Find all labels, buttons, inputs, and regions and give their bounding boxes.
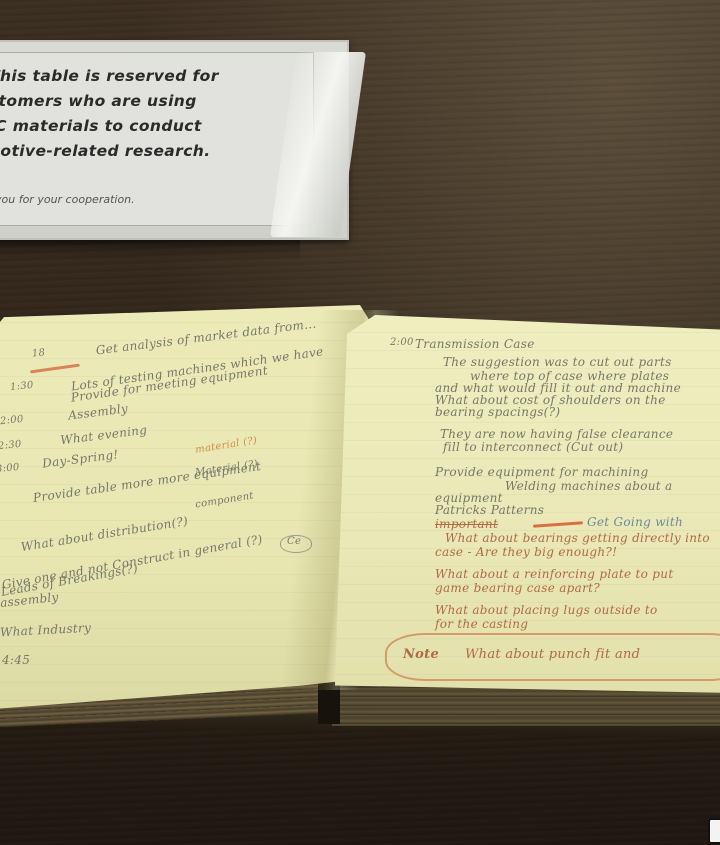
notebook-right-page: 2:00 Transmission Case The suggestion wa… xyxy=(335,315,720,693)
sign-line-4: notive-related research. xyxy=(0,142,211,160)
right-entry: They are now having false clearance xyxy=(440,427,673,441)
right-entry: game bearing case apart? xyxy=(435,581,600,595)
sign-line-3: IC materials to conduct xyxy=(0,117,202,135)
left-time-margin: 4:45 xyxy=(2,653,30,667)
right-entry: What about a reinforcing plate to put xyxy=(435,567,673,581)
right-entry: The suggestion was to cut out parts xyxy=(443,355,672,369)
corner-badge-icon xyxy=(708,818,720,844)
sign-thanks: you for your cooperation. xyxy=(0,193,135,206)
page-number: 18 xyxy=(31,347,45,359)
right-entry: Get Going with xyxy=(587,515,683,529)
right-entry: Transmission Case xyxy=(415,337,535,351)
right-entry: Patricks Patterns xyxy=(435,503,544,517)
right-entry: for the casting xyxy=(435,617,528,631)
sign-line-1: This table is reserved for xyxy=(0,67,219,85)
right-entry: fill to interconnect (Cut out) xyxy=(443,440,623,454)
sign-line-2: stomers who are using xyxy=(0,92,197,110)
right-entry: Provide equipment for machining xyxy=(435,465,648,479)
right-entry: What about placing lugs outside to xyxy=(435,603,658,617)
right-time-margin: 2:00 xyxy=(390,337,414,348)
right-entry: Welding machines about a xyxy=(505,479,672,493)
notebook-page-edges-right xyxy=(332,688,720,726)
sign-paper: This table is reserved for stomers who a… xyxy=(0,52,314,226)
reserved-table-sign: This table is reserved for stomers who a… xyxy=(0,40,349,240)
right-entry: bearing spacings(?) xyxy=(435,405,560,419)
right-entry: What about bearings getting directly int… xyxy=(445,531,710,545)
right-entry: case - Are they big enough?! xyxy=(435,545,617,559)
note-text: What about punch fit and xyxy=(465,647,640,662)
right-entry-important: important xyxy=(435,517,498,531)
photo-scene: This table is reserved for stomers who a… xyxy=(0,0,720,845)
note-tag: Note xyxy=(403,647,439,662)
